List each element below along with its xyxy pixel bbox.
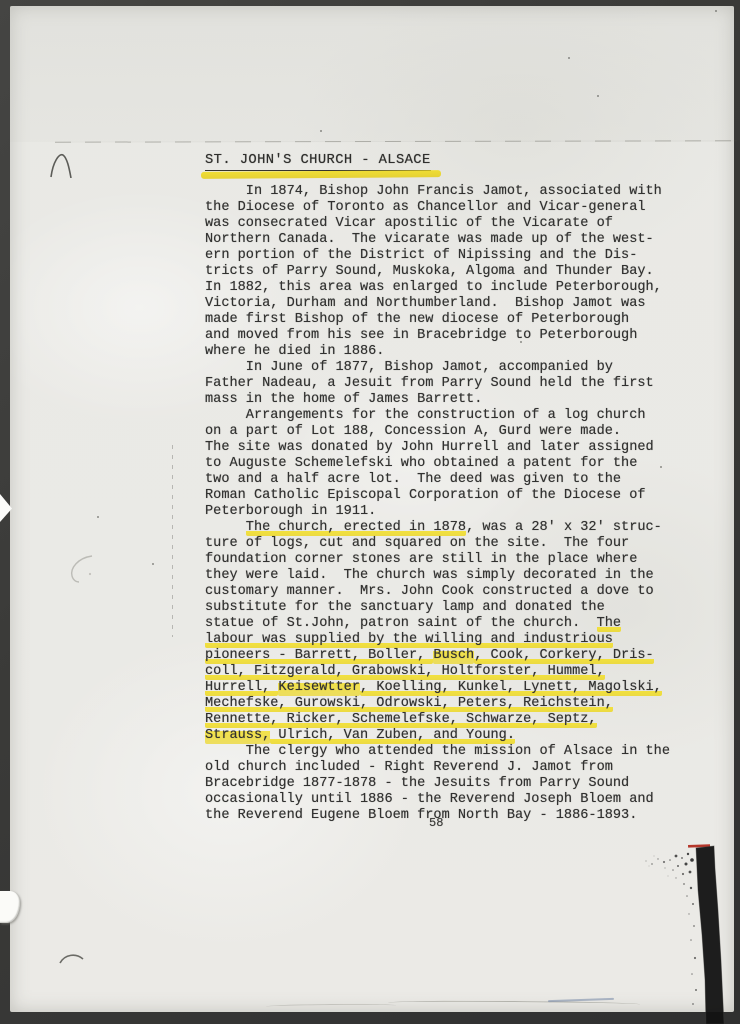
text-segment (205, 520, 246, 536)
text-line: to Auguste Schemelefski who obtained a p… (205, 456, 677, 472)
text-line: labour was supplied by the willing and i… (205, 632, 677, 648)
text-segment: ern portion of the District of Nipissing… (205, 248, 637, 264)
text-line: Father Nadeau, a Jesuit from Parry Sound… (205, 376, 677, 392)
page-title: ST. JOHN'S CHURCH - ALSACE (205, 153, 431, 171)
text-line: the Diocese of Toronto as Chancellor and… (205, 200, 677, 216)
dust-speck (152, 563, 154, 565)
text-line: customary manner. Mrs. John Cook constru… (205, 584, 677, 600)
dust-speck (597, 95, 599, 97)
text-line: was consecrated Vicar apostilic of the V… (205, 216, 677, 232)
text-segment: the Reverend Eugene Bloem from North Bay… (205, 808, 637, 824)
text-segment: Roman Catholic Episcopal Corporation of … (205, 488, 646, 504)
text-segment: In 1874, Bishop John Francis Jamot, asso… (205, 184, 662, 200)
text-segment: tricts of Parry Sound, Muskoka, Algoma a… (205, 264, 654, 280)
text-segment: Father Nadeau, a Jesuit from Parry Sound… (205, 376, 654, 392)
text-segment: was consecrated Vicar apostilic of the V… (205, 216, 613, 232)
underline-highlighted-text: Rennette, Ricker, Schemelefske, Schwarze… (205, 712, 597, 728)
text-segment: Peterborough in 1911. (205, 504, 376, 520)
text-line: Northern Canada. The vicarate was made u… (205, 232, 677, 248)
text-segment: substitute for the sanctuary lamp and do… (205, 600, 605, 616)
highlighted-text: Strauss, (205, 728, 270, 744)
text-line: foundation corner stones are still in th… (205, 552, 677, 568)
text-line: In 1882, this area was enlarged to inclu… (205, 280, 677, 296)
text-line: Arrangements for the construction of a l… (205, 408, 677, 424)
text-segment: Bracebridge 1877-1878 - the Jesuits from… (205, 776, 629, 792)
text-segment: Victoria, Durham and Northumberland. Bis… (205, 296, 646, 312)
text-line: In June of 1877, Bishop Jamot, accompani… (205, 360, 677, 376)
text-segment: occasionally until 1886 - the Reverend J… (205, 792, 654, 808)
text-line: where he died in 1886. (205, 344, 677, 360)
underline-highlighted-text: labour was supplied by the willing and i… (205, 632, 613, 648)
text-segment: where he died in 1886. (205, 344, 384, 360)
text-line: coll, Fitzgerald, Grabowski, Holtforster… (205, 664, 677, 680)
text-line: old church included - Right Reverend J. … (205, 760, 677, 776)
text-segment: made first Bishop of the new diocese of … (205, 312, 629, 328)
page-number: 58 (429, 816, 443, 830)
text-line: Hurrell, Keisewtter, Koelling, Kunkel, L… (205, 680, 677, 696)
dust-speck (97, 516, 99, 518)
toner-streak (618, 840, 740, 1024)
text-segment: the Diocese of Toronto as Chancellor and… (205, 200, 646, 216)
text-segment: and moved from his see in Bracebridge to… (205, 328, 637, 344)
text-segment: In 1882, this area was enlarged to inclu… (205, 280, 662, 296)
text-line: ern portion of the District of Nipissing… (205, 248, 677, 264)
highlighted-text: Busch (433, 648, 474, 664)
highlighted-text: Keisewtter (278, 680, 360, 696)
photocopy-edge-line (172, 445, 173, 637)
text-line: The church, erected in 1878, was a 28' x… (205, 520, 677, 536)
pen-mark (48, 150, 74, 178)
text-line: ture of logs, cut and squared on the sit… (205, 536, 677, 552)
text-line: two and a half acre lot. The deed was gi… (205, 472, 677, 488)
text-line: they were laid. The church was simply de… (205, 568, 677, 584)
text-line: Strauss, Ulrich, Van Zuben, and Young. (205, 728, 677, 744)
scanned-page: ST. JOHN'S CHURCH - ALSACE In 1874, Bish… (0, 0, 740, 1024)
text-line: and moved from his see in Bracebridge to… (205, 328, 677, 344)
pencil-mark (66, 552, 98, 586)
underline-highlighted-text: , Koelling, Kunkel, Lynett, Magolski, (360, 680, 662, 696)
text-line: Mechefske, Gurowski, Odrowski, Peters, R… (205, 696, 677, 712)
text-segment: mass in the home of James Barrett. (205, 392, 482, 408)
pen-arc-mark (56, 950, 86, 966)
text-line: statue of St.John, patron saint of the c… (205, 616, 677, 632)
text-segment: on a part of Lot 188, Concession A, Gurd… (205, 424, 621, 440)
text-line: on a part of Lot 188, Concession A, Gurd… (205, 424, 677, 440)
text-line: Roman Catholic Episcopal Corporation of … (205, 488, 677, 504)
text-segment: foundation corner stones are still in th… (205, 552, 637, 568)
text-segment: customary manner. Mrs. John Cook constru… (205, 584, 654, 600)
document-text: In 1874, Bishop John Francis Jamot, asso… (205, 184, 677, 824)
text-line: The site was donated by John Hurrell and… (205, 440, 677, 456)
underline-highlighted-text: Hurrell, (205, 680, 278, 696)
dust-speck (715, 10, 717, 12)
text-line: substitute for the sanctuary lamp and do… (205, 600, 677, 616)
text-line: In 1874, Bishop John Francis Jamot, asso… (205, 184, 677, 200)
text-line: Bracebridge 1877-1878 - the Jesuits from… (205, 776, 677, 792)
underline-highlighted-text: , Cook, Corkery, Dris- (474, 648, 653, 664)
photocopy-shade (10, 6, 734, 142)
text-segment: two and a half acre lot. The deed was gi… (205, 472, 621, 488)
underline-highlighted-text: pioneers - Barrett, Boller, (205, 648, 433, 664)
text-segment: The clergy who attended the mission of A… (205, 744, 670, 760)
underline-highlighted-text: Mechefske, Gurowski, Odrowski, Peters, R… (205, 696, 613, 712)
text-segment: old church included - Right Reverend J. … (205, 760, 613, 776)
text-segment: they were laid. The church was simply de… (205, 568, 654, 584)
text-segment: Arrangements for the construction of a l… (205, 408, 646, 424)
underline-highlighted-text: The church, erected in 1878 (246, 520, 466, 536)
text-line: tricts of Parry Sound, Muskoka, Algoma a… (205, 264, 677, 280)
underline-highlighted-text: Ulrich, Van Zuben, and Young. (270, 728, 515, 744)
dust-speck (320, 130, 322, 132)
text-segment: statue of St.John, patron saint of the c… (205, 616, 597, 632)
title-block: ST. JOHN'S CHURCH - ALSACE (205, 150, 431, 171)
underline-highlighted-text: coll, Fitzgerald, Grabowski, Holtforster… (205, 664, 605, 680)
text-line: pioneers - Barrett, Boller, Busch, Cook,… (205, 648, 677, 664)
text-line: Victoria, Durham and Northumberland. Bis… (205, 296, 677, 312)
text-segment: Northern Canada. The vicarate was made u… (205, 232, 654, 248)
text-line: Rennette, Ricker, Schemelefske, Schwarze… (205, 712, 677, 728)
text-segment: The site was donated by John Hurrell and… (205, 440, 654, 456)
text-segment: ture of logs, cut and squared on the sit… (205, 536, 629, 552)
text-segment: , was a 28' x 32' struc- (466, 520, 662, 536)
text-line: Peterborough in 1911. (205, 504, 677, 520)
text-line: The clergy who attended the mission of A… (205, 744, 677, 760)
underline-highlighted-text: The (597, 616, 621, 632)
text-line: occasionally until 1886 - the Reverend J… (205, 792, 677, 808)
text-line: made first Bishop of the new diocese of … (205, 312, 677, 328)
text-line: mass in the home of James Barrett. (205, 392, 677, 408)
dust-speck (568, 57, 570, 59)
text-segment: In June of 1877, Bishop Jamot, accompani… (205, 360, 613, 376)
text-segment: to Auguste Schemelefski who obtained a p… (205, 456, 637, 472)
